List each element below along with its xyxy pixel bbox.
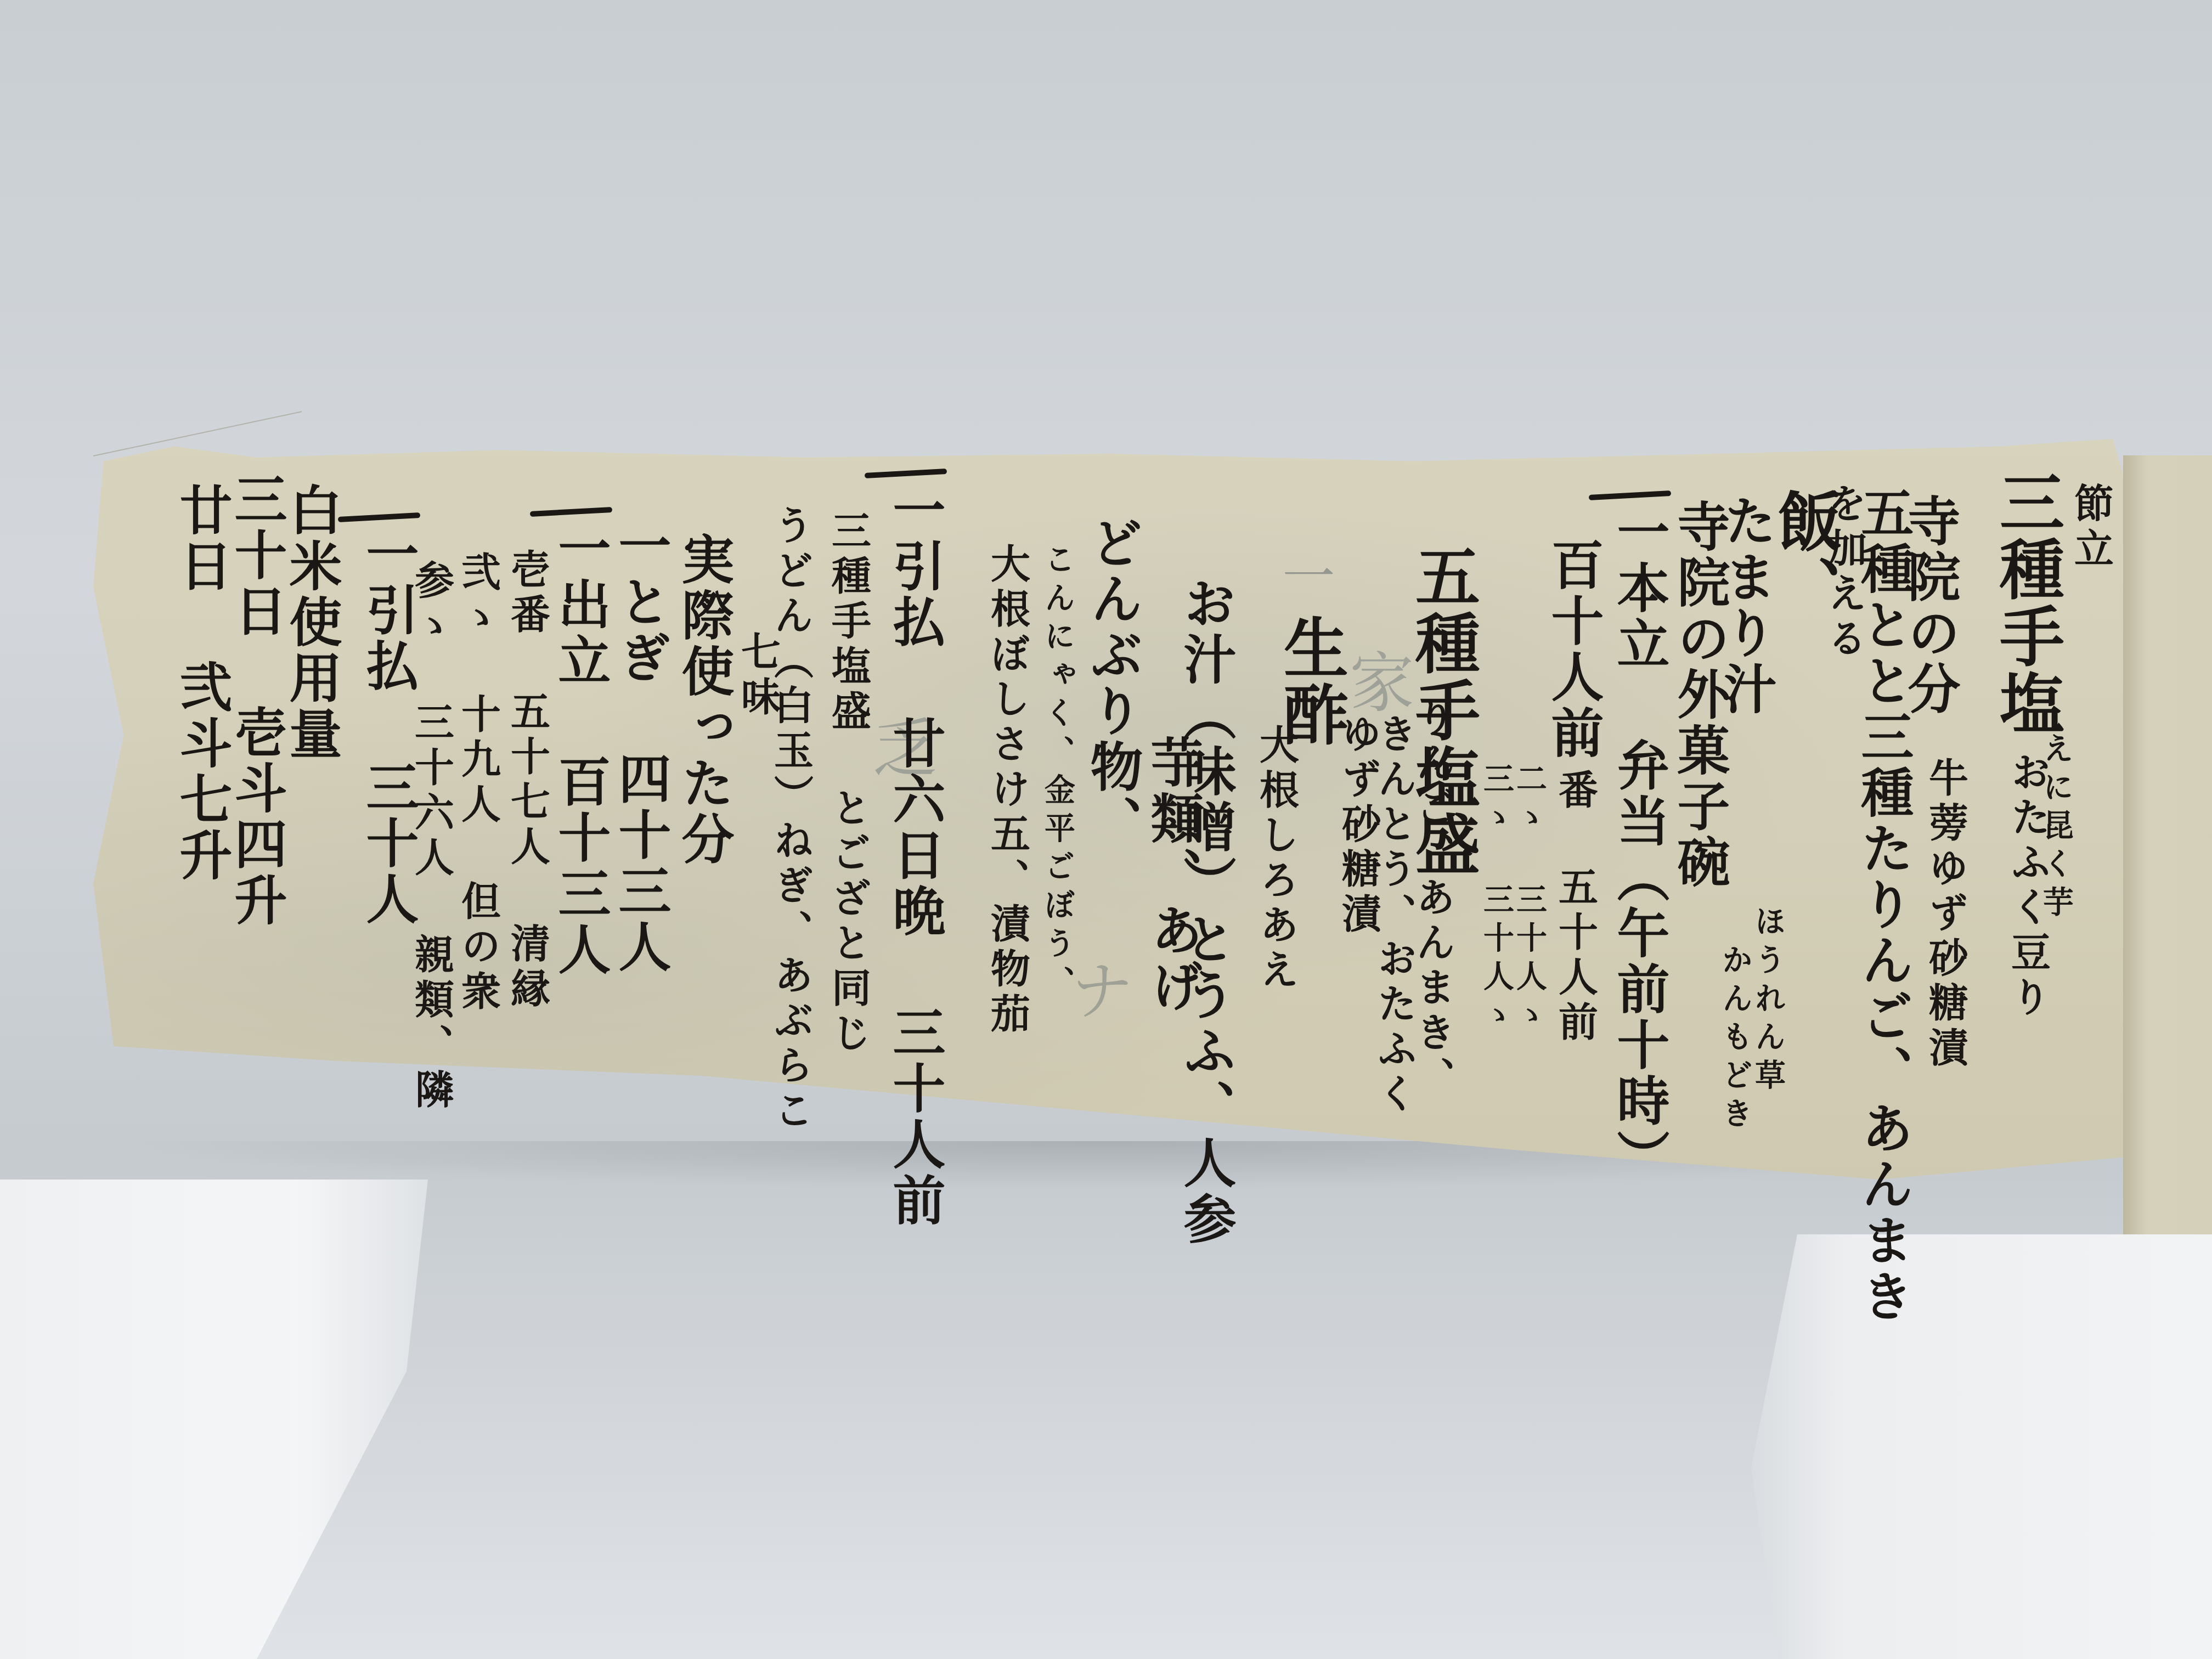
column-text: おたふく豆り <box>2008 752 2047 1022</box>
column-text: 二ゝ 三十人ゝ <box>1514 763 1545 1037</box>
column-text: 飯、 <box>1772 488 1837 622</box>
background-surface-right <box>1751 1234 2212 1659</box>
column-text: 実際使った分 <box>678 532 730 868</box>
column-text: 芋類、あげ <box>1147 735 1199 1015</box>
background-surface-left <box>0 1180 428 1659</box>
column-text: 一引払 三十人 <box>362 527 415 928</box>
column-text: 三十日 壱斗四升 <box>230 472 283 929</box>
column-text: 大根ぼしさけ五、漬物茄 <box>988 543 1027 1038</box>
column-text: 一とぎ 四十三人 <box>614 518 667 975</box>
column-text: こんにゃく、金平ごぼう、 <box>1042 543 1073 1004</box>
column-text: 壱番 五十七人 清縁 <box>507 549 547 1013</box>
column-text: 三ゝ 三十人ゝ <box>1481 763 1512 1037</box>
column-text: 一引払 廿六日晩 三十人前 <box>889 483 941 1229</box>
column-text: 一番 五十人前 <box>1555 724 1595 1046</box>
column-text: りんご、あんまき、 <box>1413 697 1452 1102</box>
column-text: 大根しろあえ <box>1256 724 1296 994</box>
document-scroll-next-page <box>2123 455 2212 1234</box>
column-text: 一本立 弁当（午前十時） <box>1613 505 1666 1186</box>
column-text: 三種手塩盛 とござと同じ <box>828 510 868 1057</box>
column-text: 白米使用量 <box>285 483 338 763</box>
column-text: 廿日 弐斗七升 <box>176 483 228 884</box>
column-text: どんぶり物、 <box>1086 516 1139 851</box>
column-text: 牛蒡ゆず砂糖漬 <box>1926 757 1965 1072</box>
column-text: 三種手塩 <box>1994 469 2059 737</box>
column-text: うどん（白玉）ねぎ、あぶらこ <box>771 505 810 1135</box>
column-text: 一出立 百十三人 <box>554 521 607 978</box>
column-text: 節立 <box>2071 483 2111 573</box>
column-text: ほうれん草 <box>1753 905 1784 1097</box>
column-text: 寺院の外菓子碗 <box>1673 499 1726 891</box>
column-text: かんもどき <box>1720 944 1751 1136</box>
column-text: 弐ゝ 十九人 但の衆 <box>458 551 498 1015</box>
column-text: 七味 <box>738 631 777 721</box>
